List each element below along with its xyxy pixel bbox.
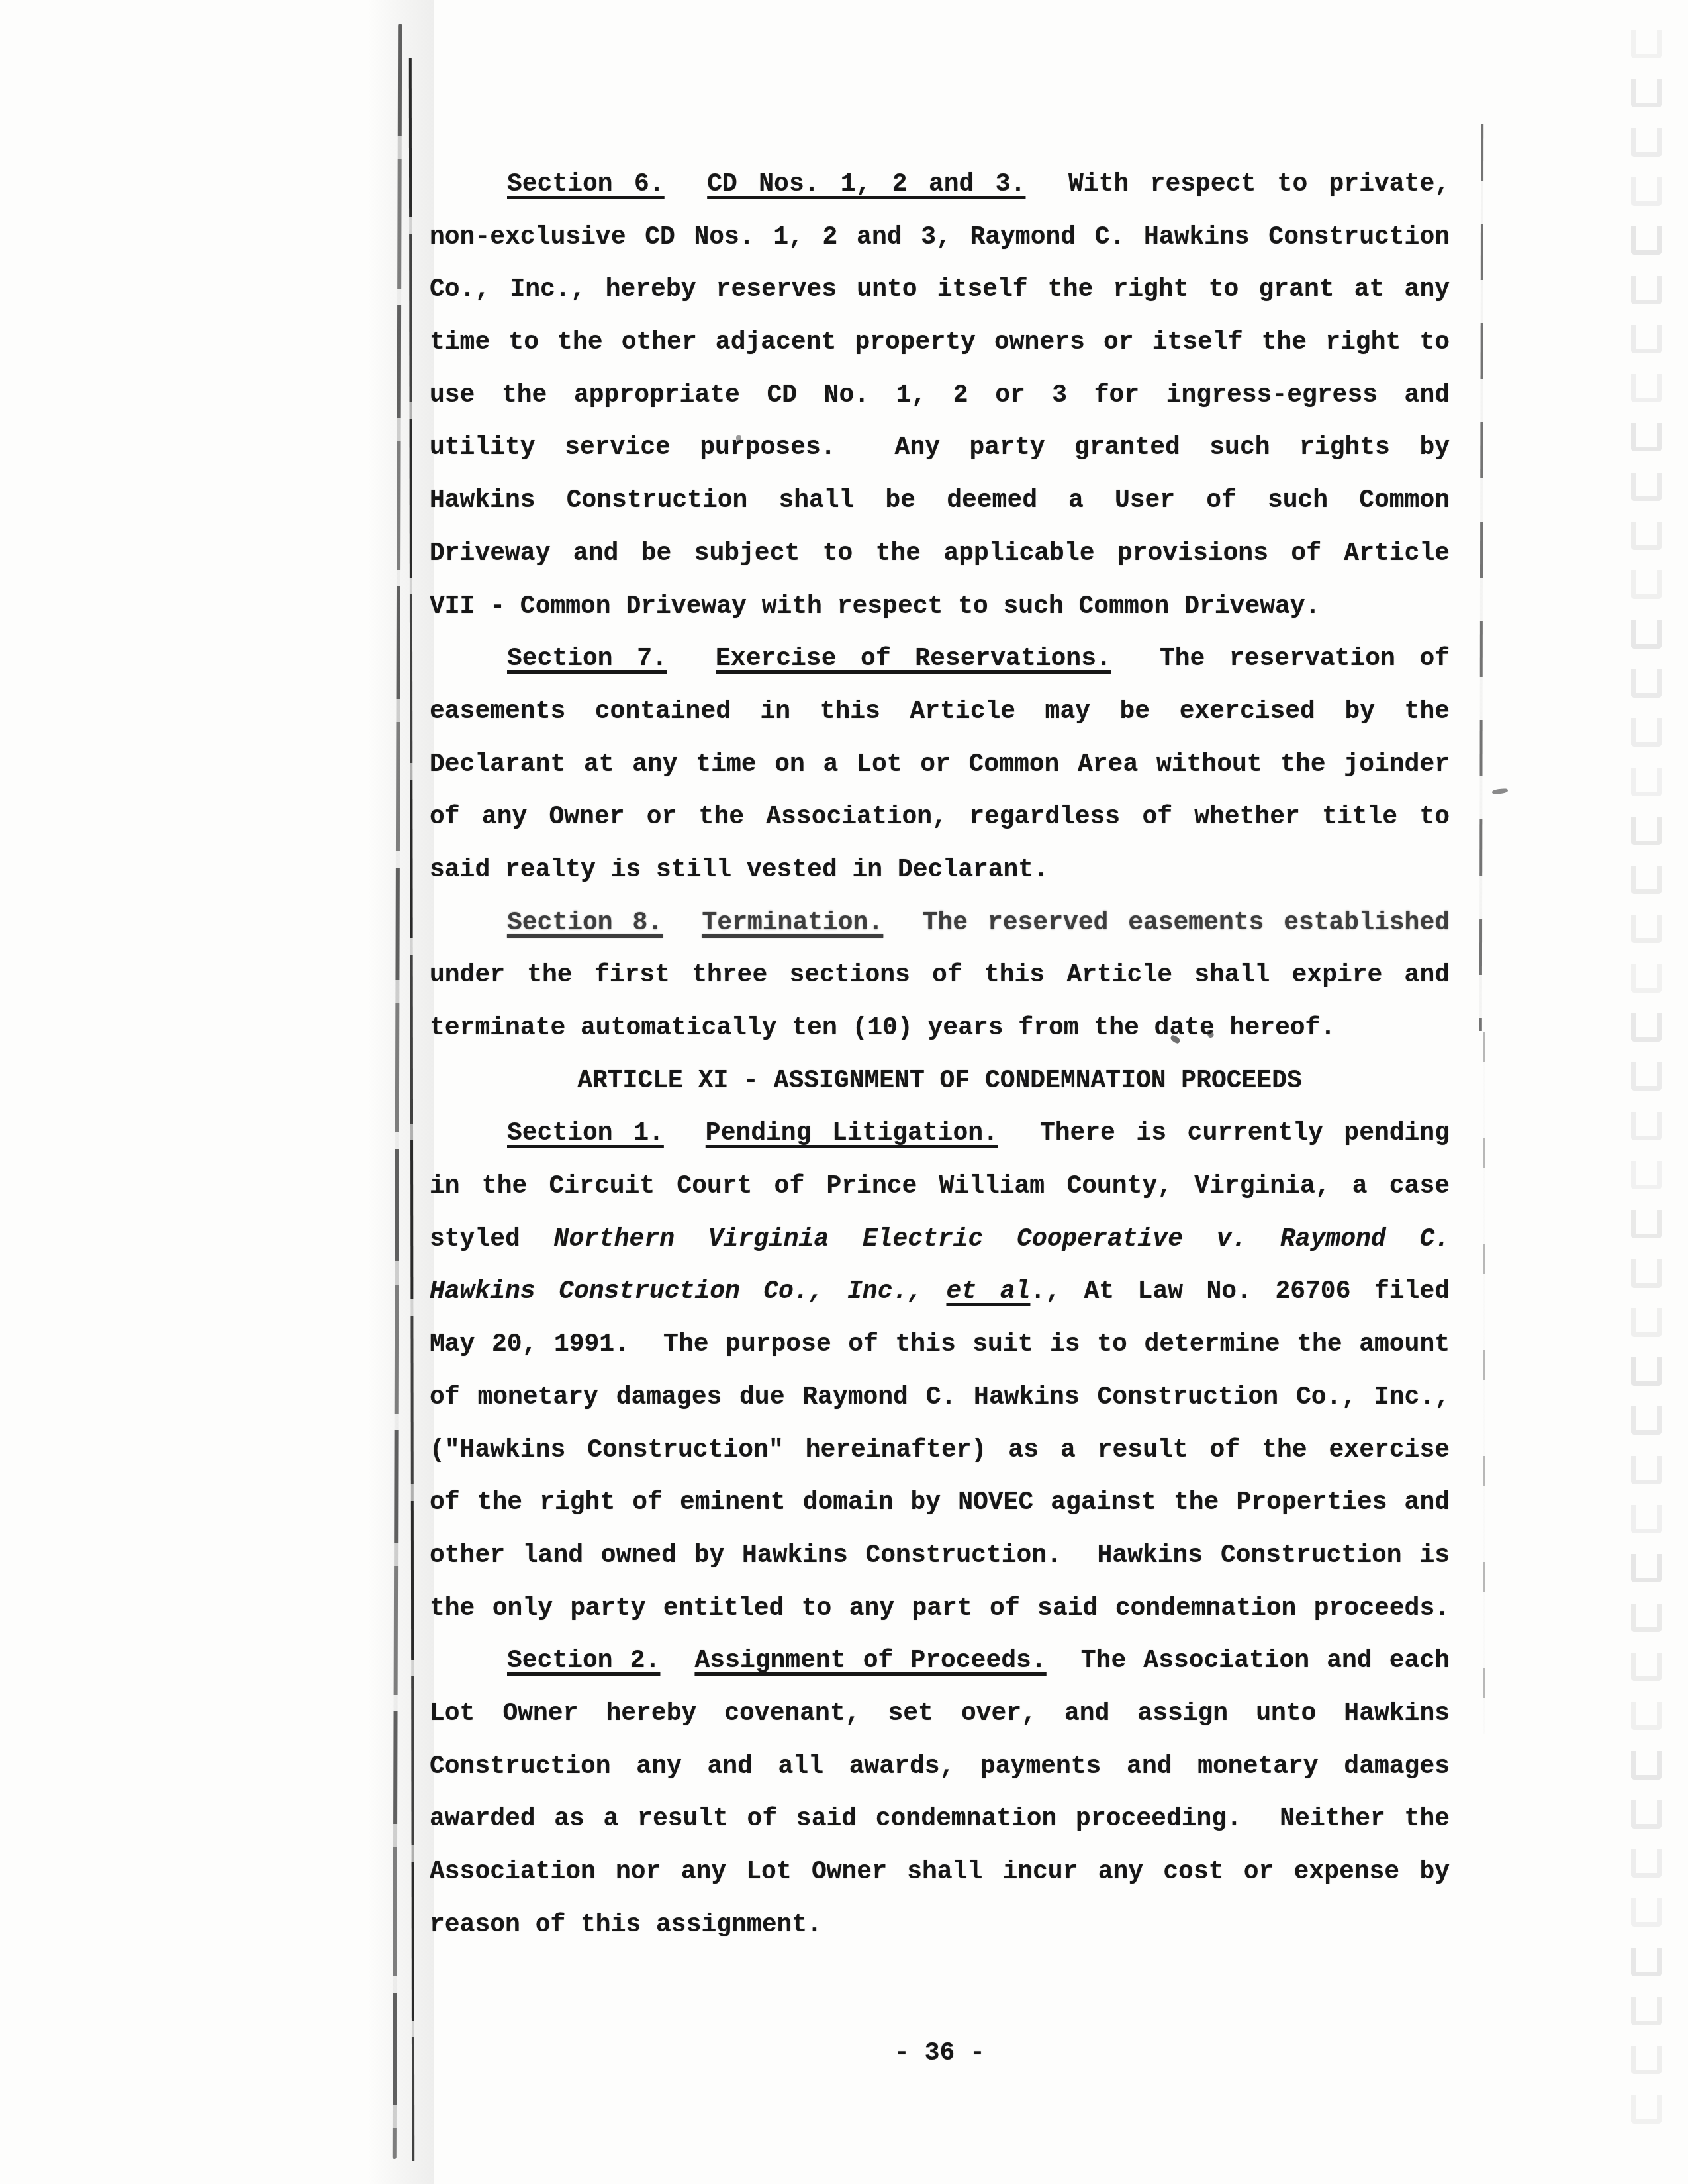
text-line: Lot Owner hereby covenant, set over, and… bbox=[430, 1688, 1450, 1741]
text-line: Section 6. CD Nos. 1, 2 and 3. With resp… bbox=[430, 158, 1450, 211]
text-line: styled Northern Virginia Electric Cooper… bbox=[430, 1213, 1450, 1266]
scan-speck bbox=[1492, 788, 1509, 794]
text-line: Section 8. Termination. The reserved eas… bbox=[430, 897, 1450, 950]
binder-hole-mark bbox=[1631, 1505, 1662, 1533]
binder-hole-mark bbox=[1631, 964, 1662, 993]
text-line: terminate automatically ten (10) years f… bbox=[430, 1002, 1450, 1055]
binder-hole-mark bbox=[1631, 570, 1662, 599]
text-line: Declarant at any time on a Lot or Common… bbox=[430, 739, 1450, 792]
binder-hole-mark bbox=[1631, 226, 1662, 255]
binder-hole-mark bbox=[1631, 325, 1662, 353]
text-line: VII - Common Driveway with respect to su… bbox=[430, 580, 1450, 633]
binder-hole-mark bbox=[1631, 915, 1662, 943]
binder-hole-mark bbox=[1631, 1948, 1662, 1976]
page-number: - 36 - bbox=[430, 2027, 1450, 2080]
text-line: Co., Inc., hereby reserves unto itself t… bbox=[430, 263, 1450, 316]
binder-hole-mark bbox=[1631, 1751, 1662, 1780]
text-line: easements contained in this Article may … bbox=[430, 686, 1450, 739]
binder-hole-mark bbox=[1631, 30, 1662, 58]
text-line: Section 1. Pending Litigation. There is … bbox=[430, 1107, 1450, 1160]
text-line: of any Owner or the Association, regardl… bbox=[430, 791, 1450, 844]
binder-hole-mark bbox=[1631, 1210, 1662, 1238]
binder-hole-mark bbox=[1631, 1653, 1662, 1681]
binder-hole-mark bbox=[1631, 2046, 1662, 2074]
text-line: Hawkins Construction Co., Inc., et al., … bbox=[430, 1265, 1450, 1318]
binder-hole-mark bbox=[1631, 817, 1662, 845]
scan-artifact-dashed-line-faint bbox=[1483, 1032, 1485, 1734]
binder-hole-mark bbox=[1631, 1604, 1662, 1632]
binder-hole-mark bbox=[1631, 1013, 1662, 1042]
text-line: utility service purposes. Any party gran… bbox=[430, 422, 1450, 475]
binder-hole-mark bbox=[1631, 1702, 1662, 1730]
binder-hole-mark bbox=[1631, 1308, 1662, 1337]
binder-hole-mark bbox=[1631, 1997, 1662, 2025]
binder-hole-mark bbox=[1631, 1161, 1662, 1189]
text-line: in the Circuit Court of Prince William C… bbox=[430, 1160, 1450, 1213]
binder-hole-mark bbox=[1631, 128, 1662, 157]
text-line: under the first three sections of this A… bbox=[430, 949, 1450, 1002]
text-line: time to the other adjacent property owne… bbox=[430, 316, 1450, 369]
binder-hole-mark bbox=[1631, 423, 1662, 451]
text-line: Hawkins Construction shall be deemed a U… bbox=[430, 475, 1450, 527]
text-line: awarded as a result of said condemnation… bbox=[430, 1793, 1450, 1846]
text-line: Section 7. Exercise of Reservations. The… bbox=[430, 633, 1450, 686]
binder-hole-mark bbox=[1631, 177, 1662, 206]
text-line: the only party entitled to any part of s… bbox=[430, 1582, 1450, 1635]
binder-hole-mark bbox=[1631, 1062, 1662, 1091]
binder-hole-mark bbox=[1631, 473, 1662, 501]
binder-hole-mark bbox=[1631, 276, 1662, 304]
binder-hole-mark bbox=[1631, 1112, 1662, 1140]
text-line: ("Hawkins Construction" hereinafter) as … bbox=[430, 1424, 1450, 1477]
text-line: use the appropriate CD No. 1, 2 or 3 for… bbox=[430, 369, 1450, 422]
binder-hole-mark bbox=[1631, 374, 1662, 402]
binder-hole-mark bbox=[1631, 1849, 1662, 1878]
article-heading: ARTICLE XI - ASSIGNMENT OF CONDEMNATION … bbox=[430, 1055, 1450, 1108]
text-line: other land owned by Hawkins Construction… bbox=[430, 1529, 1450, 1582]
binder-hole-mark bbox=[1631, 718, 1662, 747]
binder-hole-mark bbox=[1631, 79, 1662, 107]
text-line: Driveway and be subject to the applicabl… bbox=[430, 527, 1450, 580]
binder-hole-mark bbox=[1631, 1456, 1662, 1484]
text-line: Construction any and all awards, payment… bbox=[430, 1741, 1450, 1794]
text-line: May 20, 1991. The purpose of this suit i… bbox=[430, 1318, 1450, 1371]
scan-artifact-dashed-line bbox=[1479, 124, 1483, 1031]
binder-hole-mark bbox=[1631, 1406, 1662, 1435]
document-text-block: Section 6. CD Nos. 1, 2 and 3. With resp… bbox=[430, 158, 1450, 1951]
text-line: non-exclusive CD Nos. 1, 2 and 3, Raymon… bbox=[430, 211, 1450, 264]
binder-hole-mark bbox=[1631, 1357, 1662, 1386]
binder-hole-mark bbox=[1631, 620, 1662, 649]
text-line: of monetary damages due Raymond C. Hawki… bbox=[430, 1371, 1450, 1424]
text-line: reason of this assignment. bbox=[430, 1899, 1450, 1952]
binder-hole-mark bbox=[1631, 1898, 1662, 1927]
binder-hole-mark bbox=[1631, 669, 1662, 698]
binder-hole-mark bbox=[1631, 866, 1662, 894]
scanned-document-page: Section 6. CD Nos. 1, 2 and 3. With resp… bbox=[0, 0, 1688, 2184]
binder-hole-mark bbox=[1631, 768, 1662, 796]
binder-hole-mark bbox=[1631, 522, 1662, 550]
binder-hole-mark bbox=[1631, 1800, 1662, 1829]
binder-hole-mark bbox=[1631, 1259, 1662, 1288]
text-line: Association nor any Lot Owner shall incu… bbox=[430, 1846, 1450, 1899]
text-line: Section 2. Assignment of Proceeds. The A… bbox=[430, 1635, 1450, 1688]
binder-hole-mark bbox=[1631, 1554, 1662, 1582]
text-line: said realty is still vested in Declarant… bbox=[430, 844, 1450, 897]
binder-hole-mark bbox=[1631, 2095, 1662, 2124]
text-line: of the right of eminent domain by NOVEC … bbox=[430, 1477, 1450, 1529]
